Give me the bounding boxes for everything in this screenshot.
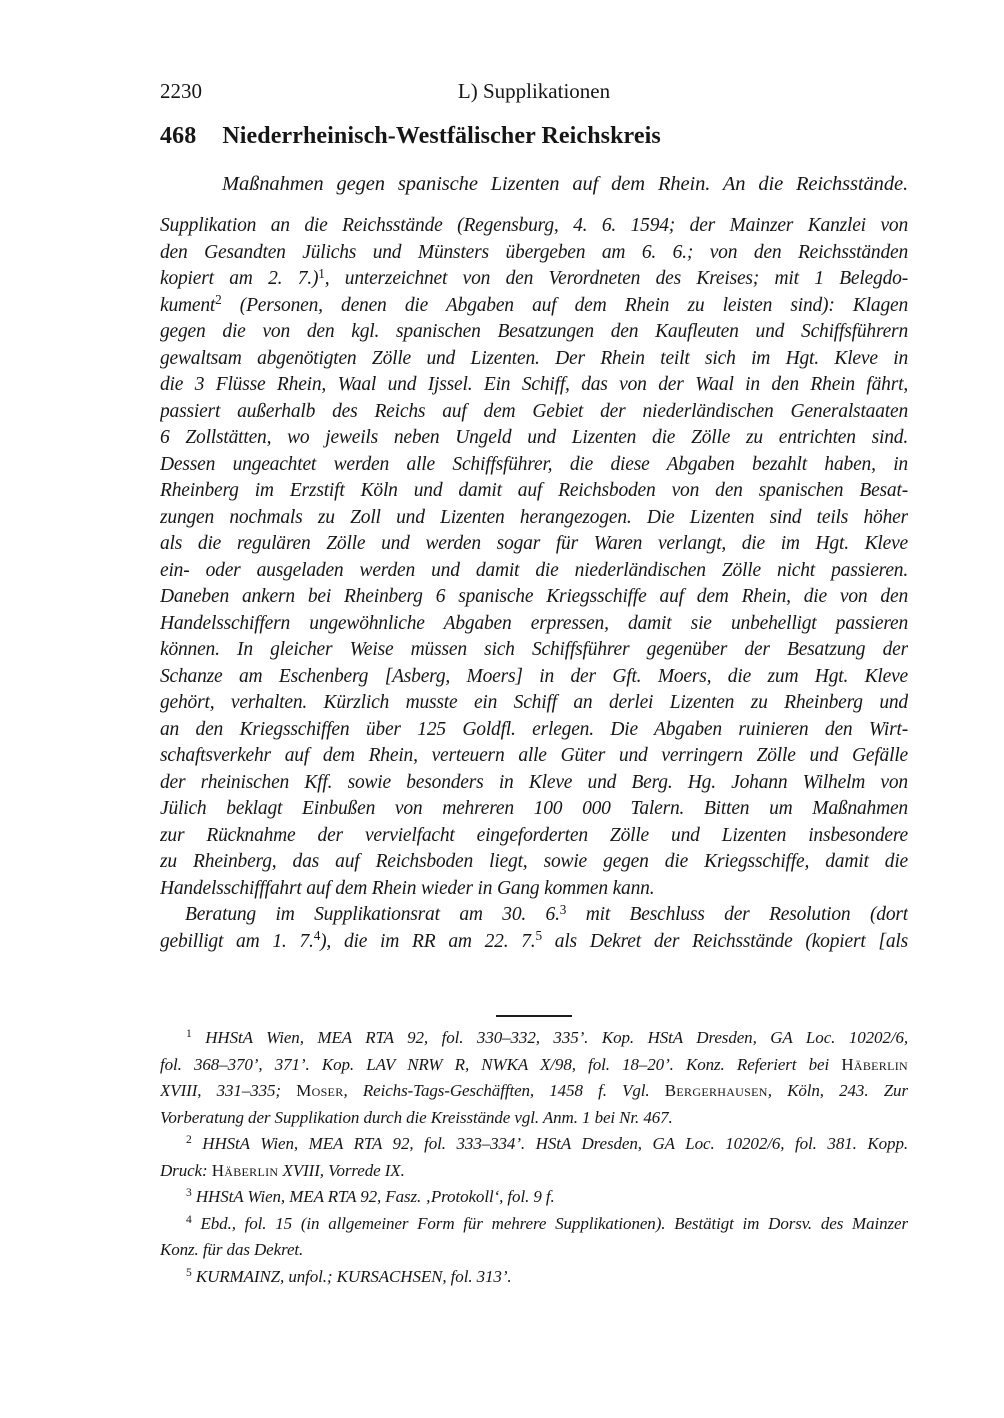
- text-line: Jülich beklagt Einbußen von mehreren 100…: [160, 796, 908, 823]
- text-line: 5 KURMAINZ, unfol.; KURSACHSEN, fol. 313…: [160, 1264, 908, 1291]
- text-line: gebilligt am 1. 7.4), die im RR am 22. 7…: [160, 929, 908, 956]
- text-line: 2 HHStA Wien, MEA RTA 92, fol. 333–334’.…: [160, 1131, 908, 1158]
- footnote-3: 3 HHStA Wien, MEA RTA 92, Fasz. ‚Protoko…: [160, 1184, 908, 1211]
- text-line: zungen nochmals zu Zoll und Lizenten her…: [160, 505, 908, 532]
- text-line: als die regulären Zölle und werden sogar…: [160, 531, 908, 558]
- text-line: Handelsschifffahrt auf dem Rhein wieder …: [160, 876, 908, 903]
- text-line: Rheinberg im Erzstift Köln und damit auf…: [160, 478, 908, 505]
- footnote-5: 5 KURMAINZ, unfol.; KURSACHSEN, fol. 313…: [160, 1264, 908, 1291]
- footnote-2: 2 HHStA Wien, MEA RTA 92, fol. 333–334’.…: [160, 1131, 908, 1184]
- text-line: Daneben ankern bei Rheinberg 6 spanische…: [160, 584, 908, 611]
- body-paragraph-deliberation: Beratung im Supplikationsrat am 30. 6.3 …: [160, 902, 908, 955]
- page-header: 2230 L) Supplikationen: [160, 78, 908, 104]
- text-line: 6 Zollstätten, wo jeweils neben Ungeld u…: [160, 425, 908, 452]
- text-line: gehört, verhalten. Kürzlich musste ein S…: [160, 690, 908, 717]
- running-title: L) Supplikationen: [160, 78, 908, 104]
- text-line: gegen die von den kgl. spanischen Besatz…: [160, 319, 908, 346]
- text-line: den Gesandten Jülichs und Münsters überg…: [160, 240, 908, 267]
- text-line: schaftsverkehr auf dem Rhein, verteuern …: [160, 743, 908, 770]
- text-line: XVIII, 331–335; Moser, Reichs-Tags-Gesch…: [160, 1078, 908, 1105]
- text-line: Schanze am Eschenberg [Asberg, Moers] in…: [160, 664, 908, 691]
- book-page: 2230 L) Supplikationen 468 Niederrheinis…: [0, 0, 1004, 1418]
- text-line: 1 HHStA Wien, MEA RTA 92, fol. 330–332, …: [160, 1025, 908, 1052]
- footnote-1: 1 HHStA Wien, MEA RTA 92, fol. 330–332, …: [160, 1025, 908, 1131]
- text-line: an den Kriegsschiffen über 125 Goldfl. e…: [160, 717, 908, 744]
- footnote-separator: [496, 1015, 572, 1017]
- body-paragraph-summary: Supplikation an die Reichsstände (Regens…: [160, 213, 908, 902]
- text-line: Dessen ungeachtet werden alle Schiffsfüh…: [160, 452, 908, 479]
- text-line: kopiert am 2. 7.)1, unterzeichnet von de…: [160, 266, 908, 293]
- text-line: 4 Ebd., fol. 15 (in allgemeiner Form für…: [160, 1211, 908, 1238]
- text-line: Vorberatung der Supplikation durch die K…: [160, 1105, 908, 1132]
- text-line: gewaltsam abgenötigten Zölle und Lizente…: [160, 346, 908, 373]
- entry-subtitle: Maßnahmen gegen spanische Lizenten auf d…: [160, 171, 908, 197]
- text-line: fol. 368–370’, 371’. Kop. LAV NRW R, NWK…: [160, 1052, 908, 1079]
- text-line: kument2 (Personen, denen die Abgaben auf…: [160, 293, 908, 320]
- text-line: passiert außerhalb des Reichs auf dem Ge…: [160, 399, 908, 426]
- footnote-4: 4 Ebd., fol. 15 (in allgemeiner Form für…: [160, 1211, 908, 1264]
- text-column: 2230 L) Supplikationen 468 Niederrheinis…: [160, 78, 908, 1290]
- text-line: Supplikation an die Reichsstände (Regens…: [160, 213, 908, 240]
- text-line: ein- oder ausgeladen werden und damit di…: [160, 558, 908, 585]
- text-line: zur Rücknahme der vervielfacht eingeford…: [160, 823, 908, 850]
- text-line: Beratung im Supplikationsrat am 30. 6.3 …: [160, 902, 908, 929]
- entry-heading: 468 Niederrheinisch-Westfälischer Reichs…: [160, 122, 908, 150]
- entry-number: 468: [160, 122, 196, 150]
- entry-title: Niederrheinisch-Westfälischer Reichskrei…: [222, 122, 661, 150]
- text-line: die 3 Flüsse Rhein, Waal und Ijssel. Ein…: [160, 372, 908, 399]
- text-line: können. In gleicher Weise müssen sich Sc…: [160, 637, 908, 664]
- text-line: Konz. für das Dekret.: [160, 1237, 908, 1264]
- text-line: 3 HHStA Wien, MEA RTA 92, Fasz. ‚Protoko…: [160, 1184, 908, 1211]
- footnotes-section: 1 HHStA Wien, MEA RTA 92, fol. 330–332, …: [160, 1025, 908, 1290]
- text-line: Handelsschiffern ungewöhnliche Abgaben e…: [160, 611, 908, 638]
- text-line: Druck: Häberlin XVIII, Vorrede IX.: [160, 1158, 908, 1185]
- text-line: zu Rheinberg, das auf Reichsboden liegt,…: [160, 849, 908, 876]
- text-line: der rheinischen Kff. sowie besonders in …: [160, 770, 908, 797]
